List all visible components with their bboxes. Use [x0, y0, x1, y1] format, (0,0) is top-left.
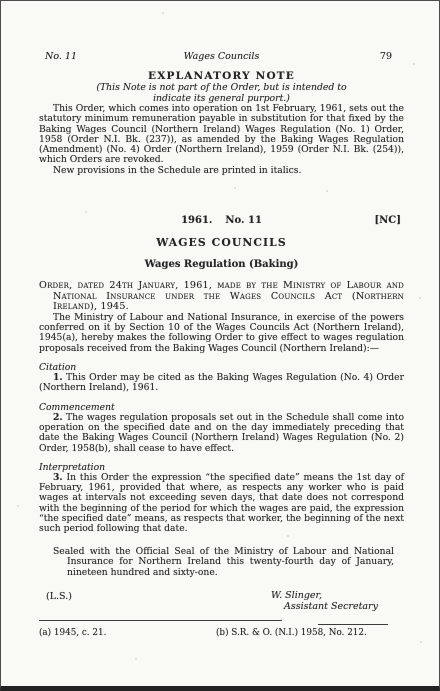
- sealing-clause: Sealed with the Official Seal of the Min…: [67, 547, 394, 579]
- section-text: In this Order the expression “the specif…: [39, 472, 404, 534]
- new-provisions-note: New provisions in the Schedule are print…: [39, 166, 404, 176]
- signature-block: W. Slinger, Assistant Secretary: [271, 590, 378, 612]
- footnotes: (a) 1945, c. 21. (b) S.R. & O. (N.I.) 19…: [39, 628, 404, 640]
- section-interpretation: 3. In this Order the expression “the spe…: [39, 473, 404, 535]
- wages-councils-title: WAGES COUNCILS: [39, 236, 404, 249]
- signature-underline: [318, 624, 388, 625]
- header-order-number: No. 11: [45, 51, 77, 62]
- section-citation: 1. This Order may be cited as the Baking…: [39, 373, 404, 394]
- seal-mark: (L.S.): [46, 591, 72, 602]
- footnote-a: (a) 1945, c. 21.: [39, 628, 106, 638]
- page-number: 79: [380, 51, 392, 62]
- footnote-b: (b) S.R. & O. (N.I.) 1958, No. 212.: [216, 628, 367, 638]
- explanatory-paragraph: This Order, which comes into operation o…: [39, 104, 404, 166]
- order-code: [NC]: [374, 215, 401, 226]
- preamble-paragraph: The Ministry of Labour and National Insu…: [39, 313, 404, 354]
- signatory-name: W. Slinger,: [271, 590, 378, 601]
- footnote-separator-line: [39, 620, 282, 621]
- running-header: No. 11 Wages Councils 79: [39, 51, 404, 63]
- section-commencement: 2. The wages regulation proposals set ou…: [39, 413, 404, 454]
- signature-row: (L.S.) W. Slinger, Assistant Secretary: [39, 590, 404, 614]
- signatory-title: Assistant Secretary: [271, 601, 378, 612]
- document-page: No. 11 Wages Councils 79 EXPLANATORY NOT…: [0, 0, 440, 691]
- order-caption: Order, dated 24th January, 1961, made by…: [39, 281, 404, 313]
- footnote-rules: [39, 616, 404, 625]
- header-title: Wages Councils: [184, 51, 260, 62]
- order-year: 1961.: [181, 215, 212, 226]
- section-text: This Order may be cited as the Baking Wa…: [39, 372, 404, 393]
- explanatory-note-subtitle: (This Note is not part of the Order, but…: [39, 83, 404, 104]
- section-text: The wages regulation proposals set out i…: [39, 412, 404, 454]
- explanatory-note-title: EXPLANATORY NOTE: [39, 70, 404, 82]
- explanatory-note-subtitle-line1: (This Note is not part of the Order, but…: [39, 83, 404, 94]
- regulation-subtitle: Wages Regulation (Baking): [39, 259, 404, 270]
- order-number: No. 11: [225, 215, 262, 226]
- order-number-row: 1961.No. 11 [NC]: [39, 215, 404, 226]
